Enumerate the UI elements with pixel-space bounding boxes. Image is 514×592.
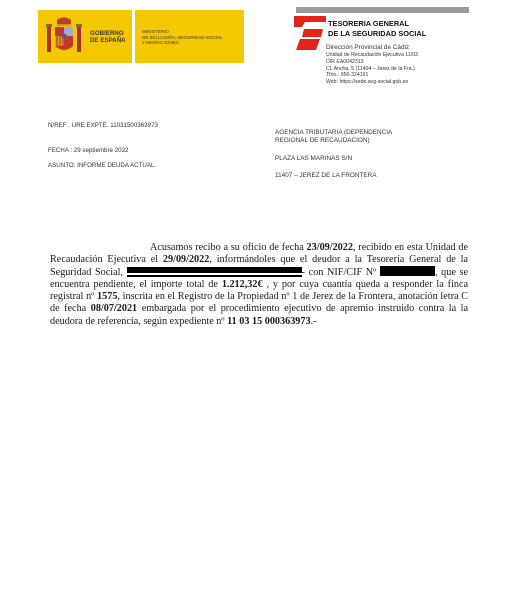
office-contact-block: Dirección Provincial de Cádiz Unidad de … <box>326 44 418 86</box>
office-phone: Tfno.: 956-324191 <box>326 72 418 79</box>
coat-of-arms-icon <box>46 16 82 58</box>
office-address: CL Ancha, 5 (11404 – Jerez de la Fra.) <box>326 66 418 73</box>
body-paragraph: Acusamos recibo a su oficio de fecha 23/… <box>50 242 468 328</box>
office-dir: DIR EA0042313 <box>326 59 418 66</box>
office-unit: Unidad de Recaudación Ejecutiva 11/03 <box>326 52 418 59</box>
header-grey-bar <box>296 7 469 13</box>
subject-line: ASUNTO: INFORME DEUDA ACTUAL. <box>48 162 156 169</box>
ministry-block: MINISTERIO DE INCLUSIÓN, SEGURIDAD SOCIA… <box>135 10 244 63</box>
reference-line: N/REF . URE EXPTE. 11031500363973 <box>48 122 158 129</box>
office-web: Web: https://sede.seg-social.gob.es <box>326 79 418 86</box>
tgss-logo-icon <box>294 16 326 50</box>
recipient-street: PLAZA LAS MARINAS S/N <box>275 155 352 163</box>
date-line: FECHA : 29 septiembre 2022 <box>48 147 128 154</box>
gobierno-logo-block: GOBIERNO DE ESPAÑA <box>38 10 132 63</box>
office-name: Dirección Provincial de Cádiz <box>326 44 418 52</box>
redacted-debtor-name <box>127 267 302 275</box>
recipient-city: 11407 – JEREZ DE LA FRONTERA <box>275 172 376 180</box>
recipient-name: AGENCIA TRIBUTARIA (DEPENDENCIA REGIONAL… <box>275 129 392 144</box>
ministry-name: MINISTERIO DE INCLUSIÓN, SEGURIDAD SOCIA… <box>142 29 223 46</box>
tgss-title: TESORERIA GENERAL DE LA SEGURIDAD SOCIAL <box>328 19 426 38</box>
redacted-nif <box>380 266 435 276</box>
government-name: GOBIERNO DE ESPAÑA <box>90 30 126 44</box>
